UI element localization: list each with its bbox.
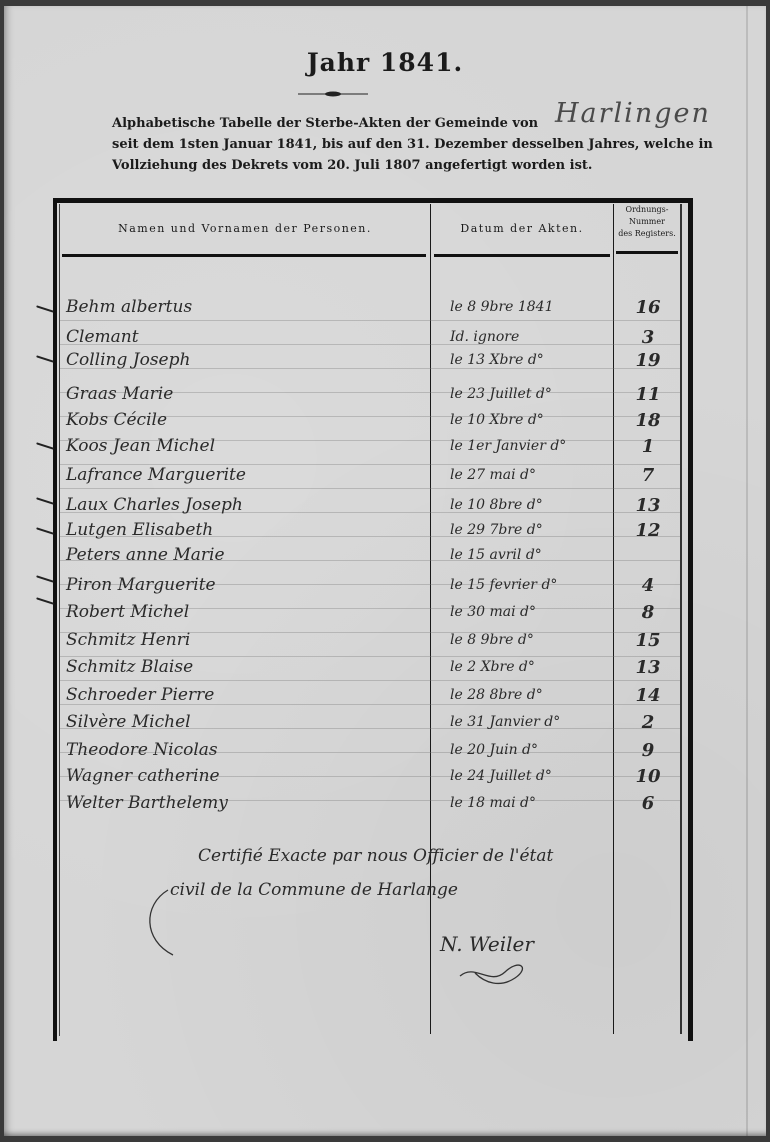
certification-line-1: Certifié Exacte par nous Officier de l'é… [198,846,553,866]
ruled-line [60,680,680,681]
act-date: le 10 Xbre d° [450,412,544,428]
register-number: 7 [618,465,678,486]
person-name: Silvère Michel [66,712,191,732]
person-name: Behm albertus [66,297,192,317]
act-date: le 13 Xbre d° [450,352,544,368]
header-number-line-3: des Registers. [614,228,680,240]
commune-name-handwritten: Harlingen [555,98,711,129]
person-name: Robert Michel [66,602,189,622]
register-number: 18 [618,410,678,431]
register-number: 19 [618,350,678,371]
table-row: Laux Charles Joseph le 10 8bre d° 13 [0,495,770,517]
table-row: Robert Michel le 30 mai d° 8 [0,602,770,624]
act-date: le 24 Juillet d° [450,768,552,784]
table-row: Schmitz Henri le 8 9bre d° 15 [0,630,770,652]
table-row: Schroeder Pierre le 28 8bre d° 14 [0,685,770,707]
person-name: Kobs Cécile [66,410,167,430]
act-date: le 20 Juin d° [450,742,538,758]
act-date: le 27 mai d° [450,467,536,483]
certification-line-2: civil de la Commune de Harlange [170,880,458,900]
register-number: 10 [618,766,678,787]
person-name: Welter Barthelemy [66,793,228,813]
act-date: le 10 8bre d° [450,497,543,513]
register-number: 16 [618,297,678,318]
register-number: 8 [618,602,678,623]
person-name: Schroeder Pierre [66,685,214,705]
act-date: le 15 fevrier d° [450,577,557,593]
intro-line-3: Vollziehung des Dekrets vom 20. Juli 180… [112,155,732,176]
header-number: Ordnungs- Nummer des Registers. [614,204,680,240]
act-date: le 23 Juillet d° [450,386,552,402]
table-row: Lutgen Elisabeth le 29 7bre d° 12 [0,520,770,542]
person-name: Piron Marguerite [66,575,216,595]
act-date: le 30 mai d° [450,604,536,620]
header-number-line-1: Ordnungs- [614,204,680,216]
table-row: Clemant Id. ignore 3 [0,327,770,349]
table-row: Theodore Nicolas le 20 Juin d° 9 [0,740,770,762]
title-flourish-divider [298,91,368,97]
register-number: 13 [618,495,678,516]
page-title: Jahr 1841. [0,48,770,77]
person-name: Laux Charles Joseph [66,495,243,515]
header-date: Datum der Akten. [432,222,612,235]
ruled-line [60,488,680,489]
table-row: Colling Joseph le 13 Xbre d° 19 [0,350,770,372]
person-name: Peters anne Marie [66,545,225,565]
person-name: Schmitz Henri [66,630,190,650]
header-rule-date [434,254,610,257]
table-row: Wagner catherine le 24 Juillet d° 10 [0,766,770,788]
act-date: le 2 Xbre d° [450,659,535,675]
table-row: Silvère Michel le 31 Janvier d° 2 [0,712,770,734]
register-number: 6 [618,793,678,814]
register-number: 2 [618,712,678,733]
act-date: le 29 7bre d° [450,522,543,538]
register-number: 3 [618,327,678,348]
officer-signature: N. Weiler [440,932,534,956]
header-names: Namen und Vornamen der Personen. [62,222,428,235]
person-name: Lutgen Elisabeth [66,520,213,540]
register-number: 15 [618,630,678,651]
table-row: Peters anne Marie le 15 avril d° [0,545,770,567]
register-number: 14 [618,685,678,706]
register-number: 13 [618,657,678,678]
act-date: le 15 avril d° [450,547,542,563]
act-date: le 31 Janvier d° [450,714,560,730]
act-date: Id. ignore [450,329,519,345]
header-number-line-2: Nummer [614,216,680,228]
person-name: Theodore Nicolas [66,740,218,760]
person-name: Schmitz Blaise [66,657,193,677]
act-date: le 8 9bre 1841 [450,299,554,315]
register-number: 11 [618,384,678,405]
page-fold [746,6,748,1136]
table-row: Koos Jean Michel le 1er Janvier d° 1 [0,436,770,458]
bracket-flourish [138,885,178,965]
table-row: Welter Barthelemy le 18 mai d° 6 [0,793,770,815]
person-name: Koos Jean Michel [66,436,215,456]
person-name: Colling Joseph [66,350,190,370]
act-date: le 8 9bre d° [450,632,534,648]
header-rule-number [616,251,678,254]
register-number: 4 [618,575,678,596]
signature-paraph [455,958,535,988]
table-row: Behm albertus le 8 9bre 1841 16 [0,297,770,319]
register-number: 9 [618,740,678,761]
person-name: Wagner catherine [66,766,220,786]
intro-line-2: seit dem 1sten Januar 1841, bis auf den … [112,134,732,155]
act-date: le 1er Janvier d° [450,438,566,454]
person-name: Graas Marie [66,384,173,404]
act-date: le 18 mai d° [450,795,536,811]
table-row: Schmitz Blaise le 2 Xbre d° 13 [0,657,770,679]
register-number: 1 [618,436,678,457]
table-row: Kobs Cécile le 10 Xbre d° 18 [0,410,770,432]
table-row: Piron Marguerite le 15 fevrier d° 4 [0,575,770,597]
ruled-line [60,320,680,321]
header-rule-names [62,254,426,257]
person-name: Clemant [66,327,139,347]
table-row: Lafrance Marguerite le 27 mai d° 7 [0,465,770,487]
table-row: Graas Marie le 23 Juillet d° 11 [0,384,770,406]
register-number: 12 [618,520,678,541]
person-name: Lafrance Marguerite [66,465,246,485]
act-date: le 28 8bre d° [450,687,543,703]
